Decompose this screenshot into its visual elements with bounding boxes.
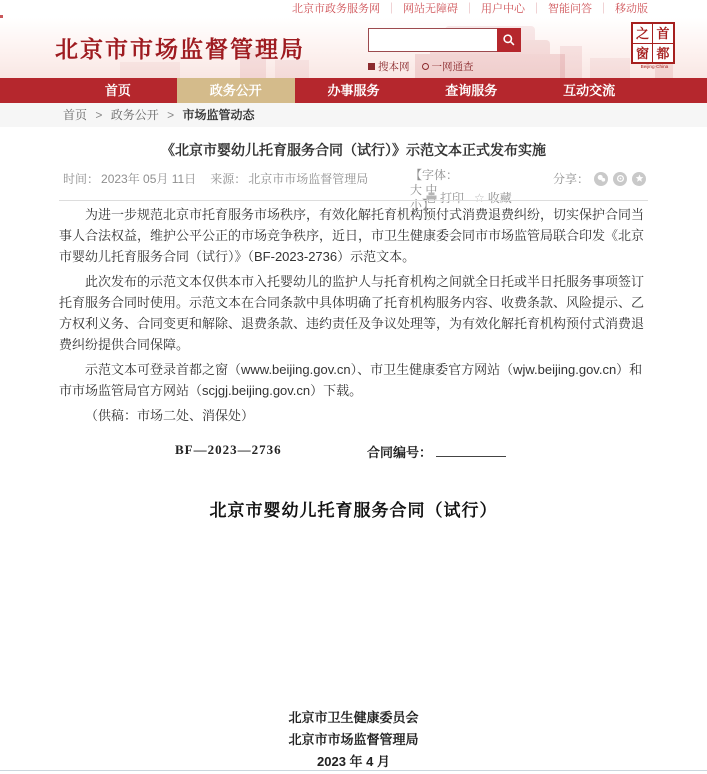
topbar-separator: ｜ <box>464 0 475 18</box>
scope-label: 一网通查 <box>432 59 474 74</box>
print-button[interactable]: 打印 <box>426 189 464 206</box>
article-paragraph: 示范文本可登录首都之窗（www.beijing.gov.cn）、市卫生健康委官方… <box>59 359 648 401</box>
nav-tab-home[interactable]: 首页 <box>59 78 177 103</box>
topbar-link-accessibility[interactable]: 网站无障碍 <box>403 0 458 18</box>
article-body: 为进一步规范北京市托育服务市场秩序，有效化解托育机构预付式消费退费纠纷，切实保护… <box>59 204 648 426</box>
contract-document-head: BF—2023—2736 合同编号： <box>59 442 648 462</box>
contract-title: 北京市婴幼儿托育服务合同（试行） <box>59 496 648 521</box>
source-value: 北京市市场监督管理局 <box>248 172 368 186</box>
article-meta-left: 时间：2023年 05月 11日来源：北京市市场监督管理局 <box>63 170 368 187</box>
bottom-divider <box>0 770 707 771</box>
breadcrumb-separator: > <box>167 108 174 122</box>
font-widget-prefix: 【字体： <box>410 168 458 182</box>
topbar-separator: ｜ <box>531 0 542 18</box>
contract-code: BF—2023—2736 <box>175 442 282 458</box>
nav-tab-gov-disclosure[interactable]: 政务公开 <box>177 78 295 103</box>
site-header: 北京市市场监督管理局 搜本网 一网通查 <box>0 18 707 78</box>
share-weibo-icon[interactable] <box>613 172 627 186</box>
search-input[interactable] <box>368 28 497 52</box>
time-label: 时间： <box>63 172 99 186</box>
seal-char: 之 <box>633 24 653 44</box>
print-label: 打印 <box>440 189 464 206</box>
topbar-separator: ｜ <box>386 0 397 18</box>
top-link-bar: 北京市政务服务网 ｜ 网站无障碍 ｜ 用户中心 ｜ 智能问答 ｜ 移动版 <box>0 0 707 18</box>
contract-number-field: 合同编号： <box>367 442 506 461</box>
seal-char: 首 <box>653 24 673 44</box>
nav-tab-interaction[interactable]: 互动交流 <box>530 78 648 103</box>
capital-window-seal: 之 首 窗 都 <box>631 22 675 64</box>
share-wechat-icon[interactable] <box>594 172 608 186</box>
signature-line: 北京市市场监督管理局 <box>59 729 648 751</box>
nav-tab-query[interactable]: 查询服务 <box>412 78 530 103</box>
time-value: 2023年 05月 11日 <box>101 172 196 186</box>
breadcrumb-bar: 首页 > 政务公开 > 市场监管动态 <box>0 103 707 127</box>
nav-tab-services[interactable]: 办事服务 <box>295 78 413 103</box>
search-box <box>368 28 521 52</box>
seal-char: 窗 <box>633 44 653 63</box>
skyline-decoration <box>560 46 582 78</box>
topbar-link-mobile[interactable]: 移动版 <box>615 0 648 18</box>
scope-label: 搜本网 <box>378 59 410 74</box>
search-scope-options: 搜本网 一网通查 <box>368 59 474 74</box>
article-paragraph: 为进一步规范北京市托育服务市场秩序，有效化解托育机构预付式消费退费纠纷，切实保护… <box>59 204 648 267</box>
scope-option-onenet[interactable]: 一网通查 <box>422 59 474 74</box>
capital-window-badge[interactable]: 之 首 窗 都 Beijing·China <box>631 22 677 73</box>
article-title: 《北京市婴幼儿托育服务合同（试行）》示范文本正式发布实施 <box>59 141 648 160</box>
topbar-separator: ｜ <box>598 0 609 18</box>
breadcrumb-gov-disclosure[interactable]: 政务公开 <box>111 108 159 122</box>
font-size-large-button[interactable]: 大 <box>410 183 422 197</box>
radio-selected-icon <box>368 63 375 70</box>
breadcrumb-separator: > <box>95 108 102 122</box>
breadcrumb-current: 市场监管动态 <box>182 108 254 122</box>
contract-number-label: 合同编号： <box>367 445 432 460</box>
star-icon: ☆ <box>474 191 485 205</box>
skyline-decoration <box>120 62 180 78</box>
page: 北京市政务服务网 ｜ 网站无障碍 ｜ 用户中心 ｜ 智能问答 ｜ 移动版 北京市… <box>0 0 707 774</box>
topbar-link-gov-service[interactable]: 北京市政务服务网 <box>292 0 380 18</box>
breadcrumb: 首页 > 政务公开 > 市场监管动态 <box>59 103 648 127</box>
printer-icon <box>426 192 437 203</box>
share-qzone-icon[interactable] <box>632 172 646 186</box>
badge-subtitle: Beijing·China <box>641 64 668 69</box>
share-widget: 分享： <box>553 170 646 187</box>
contract-signatures: 北京市卫生健康委员会 北京市市场监督管理局 2023 年 4 月 <box>59 707 648 773</box>
topbar-link-smart-qa[interactable]: 智能问答 <box>548 0 592 18</box>
collect-button[interactable]: ☆ 收藏 <box>474 189 512 206</box>
search-button[interactable] <box>497 28 521 52</box>
article-paragraph: （供稿：市场二处、消保处） <box>59 405 648 426</box>
breadcrumb-home[interactable]: 首页 <box>63 108 87 122</box>
site-logo-title[interactable]: 北京市市场监督管理局 <box>55 31 305 64</box>
scope-option-site[interactable]: 搜本网 <box>368 59 410 74</box>
skyline-decoration <box>590 58 630 78</box>
main-nav: 首页 政务公开 办事服务 查询服务 互动交流 <box>0 78 707 103</box>
article-meta-bar: 时间：2023年 05月 11日来源：北京市市场监督管理局 【字体：大 中 小】 <box>59 168 648 204</box>
radio-unselected-icon <box>422 63 429 70</box>
source-label: 来源： <box>210 172 246 186</box>
search-icon <box>502 33 516 47</box>
meta-divider <box>59 200 648 201</box>
collect-label: 收藏 <box>488 189 512 206</box>
contract-number-blank <box>436 444 506 457</box>
topbar-link-user-center[interactable]: 用户中心 <box>481 0 525 18</box>
signature-line: 北京市卫生健康委员会 <box>59 707 648 729</box>
contract-document: BF—2023—2736 合同编号： 北京市婴幼儿托育服务合同（试行） 北京市卫… <box>59 442 648 773</box>
article-paragraph: 此次发布的示范文本仅供本市入托婴幼儿的监护人与托育机构之间就全日托或半日托服务事… <box>59 271 648 355</box>
seal-char: 都 <box>653 44 673 63</box>
share-label: 分享： <box>553 170 589 187</box>
